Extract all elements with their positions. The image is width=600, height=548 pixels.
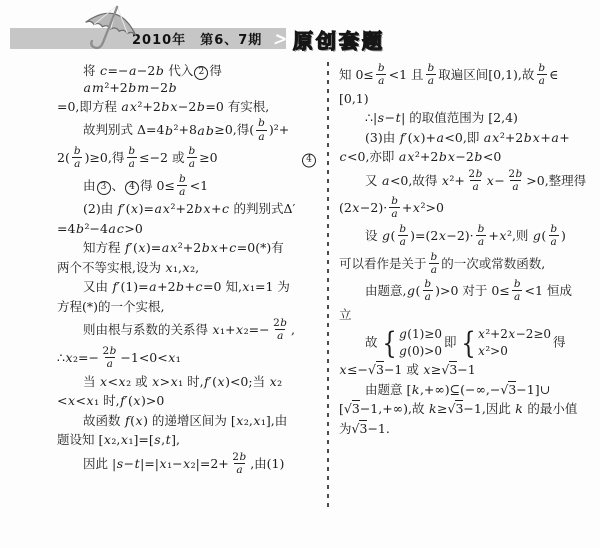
circled-number: 4: [125, 181, 139, 195]
text-line: 因此 |s−t|=|x₁−x₂|=2+2ba,由(1): [57, 452, 319, 477]
fraction: ba: [177, 173, 188, 198]
fraction: ba: [389, 195, 400, 220]
text-line: 为√3−1.: [339, 421, 591, 438]
circled-number: 2: [194, 66, 208, 80]
sqrt-expression: √3: [448, 400, 464, 416]
cases-group: {g(1)≥0g(0)>0: [380, 326, 442, 360]
umbrella-logo-icon: [80, 2, 142, 60]
text-line: 方程(*)的一个实根,: [57, 299, 319, 316]
text-line: [0,1): [339, 91, 591, 108]
text-line: 可以看作是关于ba的一次或常数函数,: [339, 252, 591, 277]
fraction: ba: [512, 278, 523, 303]
text-line: (2)由 f′(x)=ax²+2bx+c 的判别式Δ′: [57, 201, 319, 218]
sqrt-expression: √3: [344, 400, 360, 416]
text-line: c<0,亦即 ax²+2bx−2b<0: [339, 149, 591, 166]
text-line: 两个不等实根,设为 x₁,x₂,: [57, 260, 319, 277]
brace-icon: {: [382, 330, 396, 357]
text-line: 由题意 [k,+∞)⊆(−∞,−√3−1]∪: [339, 382, 591, 399]
fraction: ba: [256, 117, 267, 142]
scanned-page: 2010年 第6、7期 >>> 原创套题 将 c=−a−2b 代入2得 am²+…: [0, 0, 600, 548]
fraction: ba: [536, 62, 547, 87]
text-line: 立: [339, 307, 591, 324]
brace-icon: {: [461, 330, 475, 357]
text-line: [√3−1,+∞),故 k≥√3−1,因此 k 的最小值: [339, 401, 591, 418]
text-line: (2x−2)·ba+x²>0: [339, 196, 591, 221]
text-line: =4b²−4ac>0: [57, 221, 319, 238]
fraction: ba: [126, 145, 137, 170]
text-line: 设 g(ba)=(2x−2)·ba+x²,则 g(ba): [339, 224, 591, 249]
case-row: x²+2x−2≥0: [478, 326, 551, 343]
text-line: <x<x₁ 时,f′(x)>0: [57, 393, 319, 410]
text-line: 故{g(1)≥0g(0)>0即{x²+2x−2≥0x²>0得: [339, 326, 591, 360]
sqrt-expression: √3: [441, 361, 457, 377]
sqrt-expression: √3: [352, 420, 368, 436]
text-line: 2(ba)≥0,得ba≤−2 或ba≥04: [57, 146, 319, 171]
case-row: g(0)>0: [399, 343, 442, 360]
text-line: x≤−√3−1 或 x≥√3−1: [339, 362, 591, 379]
text-line: 又 a<0,故得 x²+2bax−2ba>0,整理得: [339, 169, 591, 194]
fraction: ba: [186, 145, 197, 170]
right-column: 知 0≤ba<1 且ba取遍区间[0,1),故ba∈[0,1)∴|s−t| 的取…: [339, 63, 591, 440]
fraction: 2ba: [507, 168, 524, 193]
text-line: 故判别式 Δ=4b²+8ab≥0,得(ba)²+: [57, 118, 319, 143]
text-line: 故函数 f(x) 的递增区间为 [x₂,x₁],由: [57, 413, 319, 430]
issue-number: 第6、7期: [200, 29, 262, 48]
text-line: ∴|s−t| 的取值范围为 [2,4): [339, 110, 591, 127]
fraction: ba: [429, 251, 440, 276]
fraction: ba: [548, 223, 559, 248]
circled-number: 3: [97, 181, 111, 195]
circled-number: 4: [302, 153, 316, 167]
left-column: 将 c=−a−2b 代入2得 am²+2bm−2b=0,即方程 ax²+2bx−…: [57, 63, 319, 479]
fraction: ba: [476, 223, 487, 248]
fraction: ba: [422, 278, 433, 303]
fraction: 2ba: [272, 317, 289, 342]
header-bar: 2010年 第6、7期 >>>: [10, 28, 286, 49]
equation-number: 4: [301, 150, 317, 167]
sqrt-expression: √3: [500, 381, 516, 397]
sqrt-expression: √3: [368, 361, 384, 377]
text-line: 又由 f′(1)=a+2b+c=0 知,x₁=1 为: [57, 279, 319, 296]
text-line: ∴x₂=−2ba−1<0<x₁: [57, 346, 319, 371]
fraction: ba: [397, 223, 408, 248]
column-divider: [327, 62, 329, 512]
case-row: g(1)≥0: [399, 326, 442, 343]
text-line: (3)由 f′(x)+a<0,即 ax²+2bx+a+: [339, 130, 591, 147]
text-line: 知 0≤ba<1 且ba取遍区间[0,1),故ba∈: [339, 63, 591, 88]
text-line: 当 x<x₂ 或 x>x₁ 时,f′(x)<0;当 x₂: [57, 374, 319, 391]
fraction: 2ba: [467, 168, 484, 193]
fraction: 2ba: [101, 345, 118, 370]
text-line: =0,即方程 ax²+2bx−2b=0 有实根,: [57, 99, 319, 116]
text-line: 知方程 f′(x)=ax²+2bx+c=0(*)有: [57, 240, 319, 257]
fraction: ba: [426, 62, 437, 87]
text-line: 题设知 [x₂,x₁]=[s,t],: [57, 432, 319, 449]
fraction: ba: [376, 62, 387, 87]
cases-group: {x²+2x−2≥0x²>0: [459, 326, 552, 360]
text-line: 由题意,g(ba)>0 对于 0≤ba<1 恒成: [339, 279, 591, 304]
text-line: 则由根与系数的关系得 x₁+x₂=−2ba,: [57, 318, 319, 343]
text-line: 由3、4得 0≤ba<1: [57, 174, 319, 199]
case-row: x²>0: [478, 343, 551, 360]
fraction: 2ba: [231, 451, 248, 476]
fraction: ba: [72, 145, 83, 170]
text-line: 将 c=−a−2b 代入2得 am²+2bm−2b: [57, 63, 319, 96]
section-title: 原创套题: [293, 25, 385, 54]
